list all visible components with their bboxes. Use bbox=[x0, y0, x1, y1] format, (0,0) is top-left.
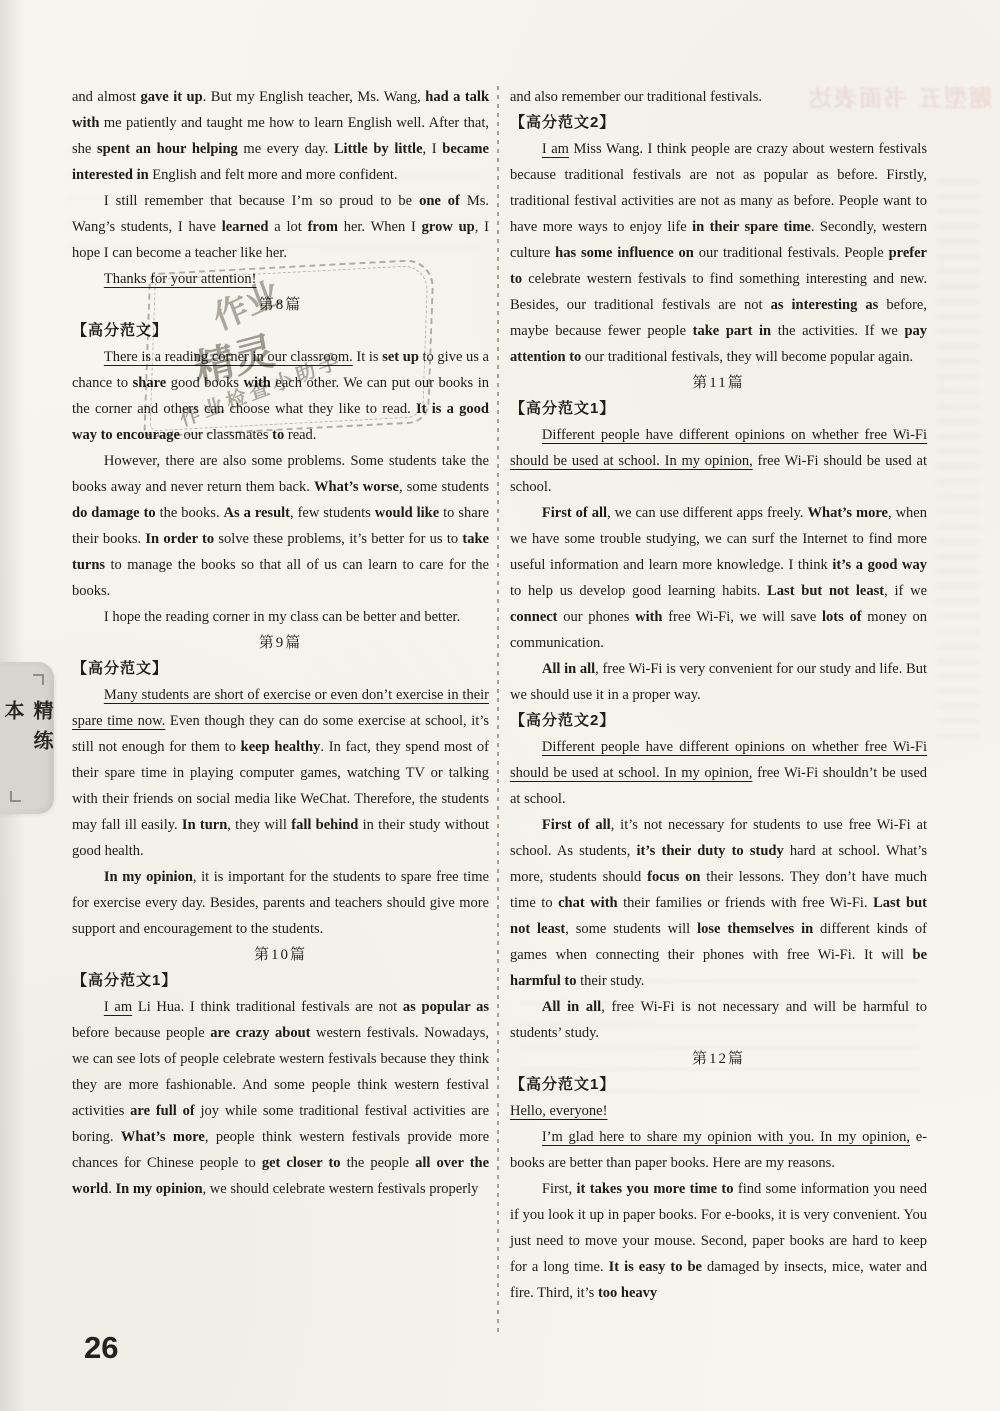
column-divider bbox=[497, 86, 499, 1336]
text-segment: All in all bbox=[542, 999, 601, 1015]
text-segment: with bbox=[243, 375, 270, 391]
text-segment: her. When I bbox=[338, 219, 422, 235]
text-segment: the people bbox=[341, 1155, 416, 1171]
text-segment: as popular as bbox=[403, 999, 489, 1015]
essay-paragraph: There is a reading corner in our classro… bbox=[72, 344, 489, 448]
text-segment: keep healthy bbox=[241, 739, 321, 755]
text-segment: the activities. If we bbox=[771, 323, 904, 339]
page-number: 26 bbox=[84, 1330, 118, 1366]
text-segment: before because people bbox=[72, 1025, 210, 1041]
text-segment: . bbox=[108, 1181, 115, 1197]
text-segment: our traditional festivals, they will bec… bbox=[581, 349, 913, 365]
text-segment: First of all bbox=[542, 817, 611, 833]
essay-paragraph: I am Li Hua. I think traditional festiva… bbox=[72, 994, 489, 1202]
corner-bracket-icon bbox=[33, 674, 44, 685]
text-segment: our classmates bbox=[180, 427, 272, 443]
text-segment: 【高分范文2】 bbox=[510, 114, 615, 131]
text-segment: to bbox=[272, 427, 284, 443]
text-segment: In my opinion bbox=[104, 869, 193, 885]
text-segment: 第10篇 bbox=[254, 947, 307, 963]
text-segment: , they will bbox=[227, 817, 291, 833]
essay-paragraph: However, there are also some problems. S… bbox=[72, 448, 489, 604]
text-segment: , I bbox=[423, 141, 443, 157]
text-segment: In my opinion bbox=[116, 1181, 203, 1197]
text-segment: free Wi-Fi, we will save bbox=[663, 609, 823, 625]
text-segment: , few students bbox=[290, 505, 375, 521]
essay-number-heading: 第11篇 bbox=[510, 370, 927, 396]
text-segment: connect bbox=[510, 609, 558, 625]
essay-paragraph: Hello, everyone! bbox=[510, 1098, 927, 1124]
text-segment: are crazy about bbox=[210, 1025, 310, 1041]
right-text-column: and also remember our traditional festiv… bbox=[510, 84, 927, 1306]
text-segment: focus on bbox=[647, 869, 700, 885]
text-segment: 第12篇 bbox=[692, 1051, 745, 1067]
text-segment: read. bbox=[284, 427, 316, 443]
essay-number-heading: 第12篇 bbox=[510, 1046, 927, 1072]
text-segment: Hello, everyone! bbox=[510, 1103, 607, 1119]
text-segment: share bbox=[133, 375, 167, 391]
text-segment: , if we bbox=[884, 583, 927, 599]
text-segment: All in all bbox=[542, 661, 595, 677]
text-segment: It is easy to be bbox=[609, 1259, 702, 1275]
text-segment: from bbox=[308, 219, 338, 235]
essay-paragraph: I still remember that because I’m so pro… bbox=[72, 188, 489, 266]
text-segment: are full of bbox=[130, 1103, 195, 1119]
model-essay-label: 【高分范文1】 bbox=[510, 396, 927, 422]
model-essay-label: 【高分范文1】 bbox=[510, 1072, 927, 1098]
text-segment: I am bbox=[104, 999, 132, 1015]
text-segment: in their spare time bbox=[692, 219, 811, 235]
essay-paragraph: All in all, free Wi-Fi is very convenien… bbox=[510, 656, 927, 708]
text-segment: I hope the reading corner in my class ca… bbox=[104, 609, 460, 625]
essay-paragraph: First, it takes you more time to find so… bbox=[510, 1176, 927, 1306]
model-essay-label: 【高分范文】 bbox=[72, 318, 489, 344]
essay-paragraph: Different people have different opinions… bbox=[510, 422, 927, 500]
text-segment: It is bbox=[353, 349, 382, 365]
text-segment: to manage the books so that all of us ca… bbox=[72, 557, 489, 599]
model-essay-label: 【高分范文】 bbox=[72, 656, 489, 682]
text-segment: Little by little bbox=[334, 141, 423, 157]
text-segment: to help us develop good learning habits. bbox=[510, 583, 767, 599]
text-segment: , some students will bbox=[565, 921, 697, 937]
text-segment: set up bbox=[382, 349, 419, 365]
essay-paragraph: First of all, we can use different apps … bbox=[510, 500, 927, 656]
essay-paragraph: and also remember our traditional festiv… bbox=[510, 84, 927, 110]
text-segment: First of all bbox=[542, 505, 607, 521]
essay-number-heading: 第8篇 bbox=[72, 292, 489, 318]
show-through-smudge bbox=[936, 180, 980, 740]
text-segment: and also remember our traditional festiv… bbox=[510, 89, 762, 105]
text-segment: it’s a good way bbox=[832, 557, 927, 573]
text-segment: First, bbox=[542, 1181, 577, 1197]
text-segment: it takes you more time to bbox=[577, 1181, 734, 1197]
text-segment: would like bbox=[375, 505, 439, 521]
text-segment: it’s their duty to study bbox=[637, 843, 784, 859]
text-segment: as interesting as bbox=[771, 297, 879, 313]
text-segment: chat with bbox=[558, 895, 618, 911]
model-essay-label: 【高分范文1】 bbox=[72, 968, 489, 994]
left-text-column: and almost gave it up. But my English te… bbox=[72, 84, 489, 1202]
text-segment: What’s more bbox=[121, 1129, 205, 1145]
text-segment: Li Hua. I think traditional festivals ar… bbox=[132, 999, 403, 1015]
text-segment: their families or friends with free Wi-F… bbox=[618, 895, 874, 911]
text-segment: get closer to bbox=[262, 1155, 341, 1171]
text-segment: What’s more bbox=[808, 505, 888, 521]
text-segment: I still remember that because I’m so pro… bbox=[104, 193, 419, 209]
text-segment: and almost bbox=[72, 89, 141, 105]
text-segment: lose themselves in bbox=[697, 921, 813, 937]
text-segment: 【高分范文1】 bbox=[510, 400, 615, 417]
essay-number-heading: 第10篇 bbox=[72, 942, 489, 968]
text-segment: me every day. bbox=[238, 141, 334, 157]
text-segment: gave it up bbox=[141, 89, 203, 105]
essay-paragraph: I hope the reading corner in my class ca… bbox=[72, 604, 489, 630]
essay-paragraph: and almost gave it up. But my English te… bbox=[72, 84, 489, 188]
text-segment: grow up bbox=[422, 219, 475, 235]
text-segment: I am bbox=[542, 141, 569, 157]
text-segment: What’s worse bbox=[314, 479, 399, 495]
text-segment: , we can use different apps freely. bbox=[607, 505, 807, 521]
essay-paragraph: I’m glad here to share my opinion with y… bbox=[510, 1124, 927, 1176]
text-segment: their study. bbox=[576, 973, 644, 989]
text-segment: , some students bbox=[399, 479, 489, 495]
text-segment: Thanks for your attention! bbox=[104, 271, 257, 287]
model-essay-label: 【高分范文2】 bbox=[510, 708, 927, 734]
essay-paragraph: All in all, free Wi-Fi is not necessary … bbox=[510, 994, 927, 1046]
text-segment: 第8篇 bbox=[259, 297, 303, 313]
text-segment: the books. bbox=[156, 505, 224, 521]
text-segment: As a result bbox=[224, 505, 290, 521]
text-segment: lots of bbox=[822, 609, 862, 625]
text-segment: spent an hour helping bbox=[97, 141, 238, 157]
text-segment: 【高分范文1】 bbox=[510, 1076, 615, 1093]
text-segment: In order to bbox=[145, 531, 214, 547]
text-segment: too heavy bbox=[598, 1285, 657, 1301]
text-segment: In turn bbox=[182, 817, 227, 833]
text-segment: our phones bbox=[558, 609, 636, 625]
edition-side-tab: 精练本 bbox=[0, 662, 54, 814]
essay-paragraph: Thanks for your attention! bbox=[72, 266, 489, 292]
text-segment: has some influence on bbox=[555, 245, 694, 261]
model-essay-label: 【高分范文2】 bbox=[510, 110, 927, 136]
essay-paragraph: First of all, it’s not necessary for stu… bbox=[510, 812, 927, 994]
text-segment: our traditional festivals. People bbox=[694, 245, 889, 261]
text-segment: Last but not least bbox=[767, 583, 884, 599]
essay-paragraph: Different people have different opinions… bbox=[510, 734, 927, 812]
book-page: 题型五 书面表达 and almost gave it up. But my E… bbox=[0, 0, 1000, 1411]
text-segment: one of bbox=[419, 193, 460, 209]
text-segment: . But my English teacher, Ms. Wang, bbox=[203, 89, 426, 105]
text-segment: 【高分范文1】 bbox=[72, 972, 177, 989]
essay-paragraph: In my opinion, it is important for the s… bbox=[72, 864, 489, 942]
text-segment: a lot bbox=[268, 219, 307, 235]
text-segment: , we should celebrate western festivals … bbox=[203, 1181, 479, 1197]
text-segment: solve these problems, it’s better for us… bbox=[214, 531, 462, 547]
text-segment: 第9篇 bbox=[259, 635, 303, 651]
edition-tab-label: 精练本 bbox=[0, 700, 56, 776]
text-segment: 【高分范文】 bbox=[72, 322, 168, 339]
text-segment: good books bbox=[166, 375, 243, 391]
text-segment: with bbox=[635, 609, 662, 625]
text-segment: I’m glad here to share my opinion with y… bbox=[542, 1129, 910, 1145]
text-segment: fall behind bbox=[291, 817, 358, 833]
text-segment: take part in bbox=[693, 323, 771, 339]
text-segment: 【高分范文2】 bbox=[510, 712, 615, 729]
essay-number-heading: 第9篇 bbox=[72, 630, 489, 656]
text-segment: do damage to bbox=[72, 505, 156, 521]
corner-bracket-icon bbox=[10, 791, 21, 802]
essay-paragraph: I am Miss Wang. I think people are crazy… bbox=[510, 136, 927, 370]
text-segment: There is a reading corner in our classro… bbox=[104, 349, 353, 365]
text-segment: learned bbox=[222, 219, 269, 235]
essay-paragraph: Many students are short of exercise or e… bbox=[72, 682, 489, 864]
text-segment: English and felt more and more confident… bbox=[149, 167, 398, 183]
text-segment: 【高分范文】 bbox=[72, 660, 168, 677]
text-segment: 第11篇 bbox=[692, 375, 744, 391]
